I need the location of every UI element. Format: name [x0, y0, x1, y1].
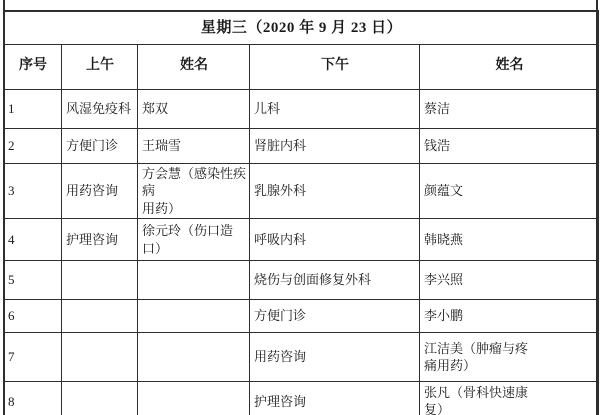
cell-pm-name: 张凡（骨科快速康 复） [420, 382, 599, 415]
cell-am-name [138, 300, 250, 333]
cell-am-name [138, 382, 250, 415]
cell-am-dept [62, 333, 138, 382]
cell-no: 1 [4, 89, 62, 128]
cell-am-dept [62, 382, 138, 415]
cell-pm-dept: 用药咨询 [250, 333, 420, 382]
cell-am-dept: 用药咨询 [62, 163, 138, 219]
cell-pm-name: 钱浩 [420, 128, 599, 163]
cell-pm-dept: 护理咨询 [250, 382, 420, 415]
cell-am-name [138, 261, 250, 300]
cell-am-name: 徐元玲（伤口造口） [138, 219, 250, 261]
cell-am-dept [62, 300, 138, 333]
table-row: 4 护理咨询 徐元玲（伤口造口） 呼吸内科 韩晓燕 [4, 219, 599, 261]
cell-pm-name: 李小鹏 [420, 300, 599, 333]
table-header-row: 序号 上午 姓名 下午 姓名 [4, 44, 599, 89]
cell-am-dept: 护理咨询 [62, 219, 138, 261]
col-header-morning: 上午 [62, 44, 138, 89]
cell-pm-dept: 儿科 [250, 89, 420, 128]
table-row: 5 烧伤与创面修复外科 李兴照 [4, 261, 599, 300]
duty-schedule-table: 星期三（2020 年 9 月 23 日） 序号 上午 姓名 下午 姓名 1 风湿… [3, 10, 599, 415]
table-row: 7 用药咨询 江洁美（肿瘤与疼 痛用药） [4, 333, 599, 382]
cell-pm-dept: 呼吸内科 [250, 219, 420, 261]
cell-pm-dept: 肾脏内科 [250, 128, 420, 163]
cell-am-name: 方会慧（感染性疾病 用药） [138, 163, 250, 219]
table-row: 1 风湿免疫科 郑双 儿科 蔡洁 [4, 89, 599, 128]
cell-pm-dept: 乳腺外科 [250, 163, 420, 219]
col-header-afternoon: 下午 [250, 44, 420, 89]
cell-am-dept: 风湿免疫科 [62, 89, 138, 128]
table-row: 8 护理咨询 张凡（骨科快速康 复） [4, 382, 599, 415]
cell-pm-dept: 烧伤与创面修复外科 [250, 261, 420, 300]
cell-no: 8 [4, 382, 62, 415]
cell-no: 6 [4, 300, 62, 333]
cell-no: 4 [4, 219, 62, 261]
col-header-no: 序号 [4, 44, 62, 89]
cell-pm-name: 蔡洁 [420, 89, 599, 128]
cell-no: 3 [4, 163, 62, 219]
col-header-afternoon-name: 姓名 [420, 44, 599, 89]
cell-no: 5 [4, 261, 62, 300]
table-title-row: 星期三（2020 年 9 月 23 日） [4, 11, 599, 44]
cell-pm-name: 韩晓燕 [420, 219, 599, 261]
cell-pm-name: 李兴照 [420, 261, 599, 300]
cell-am-dept [62, 261, 138, 300]
table-row: 2 方便门诊 王瑞雪 肾脏内科 钱浩 [4, 128, 599, 163]
cell-pm-name: 颜蕴文 [420, 163, 599, 219]
table-row: 3 用药咨询 方会慧（感染性疾病 用药） 乳腺外科 颜蕴文 [4, 163, 599, 219]
table-title: 星期三（2020 年 9 月 23 日） [4, 11, 599, 44]
col-header-morning-name: 姓名 [138, 44, 250, 89]
cell-pm-dept: 方便门诊 [250, 300, 420, 333]
cell-pm-name: 江洁美（肿瘤与疼 痛用药） [420, 333, 599, 382]
cell-am-name: 王瑞雪 [138, 128, 250, 163]
cell-am-dept: 方便门诊 [62, 128, 138, 163]
scanned-schedule-page: 星期三（2020 年 9 月 23 日） 序号 上午 姓名 下午 姓名 1 风湿… [0, 0, 604, 415]
cell-no: 2 [4, 128, 62, 163]
table-row: 6 方便门诊 李小鹏 [4, 300, 599, 333]
cell-no: 7 [4, 333, 62, 382]
cell-am-name: 郑双 [138, 89, 250, 128]
cell-am-name [138, 333, 250, 382]
